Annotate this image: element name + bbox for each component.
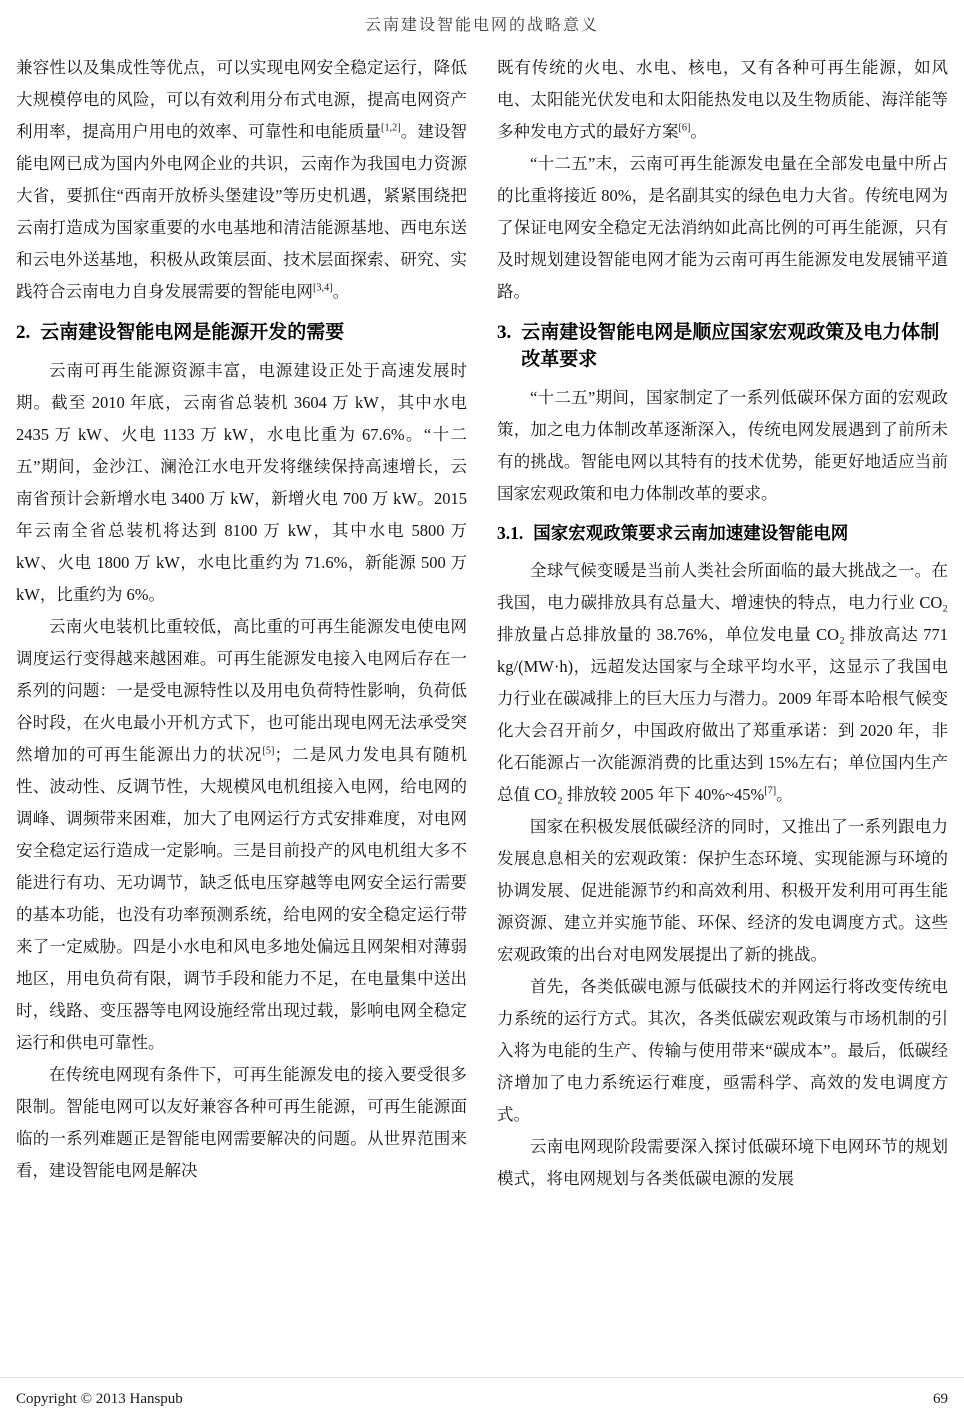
copyright-text: Copyright © 2013 Hanspub xyxy=(16,1391,183,1408)
body-paragraph: 兼容性以及集成性等优点，可以实现电网安全稳定运行，降低大规模停电的风险，可以有效… xyxy=(16,52,467,308)
section-title: 云南建设智能电网是顺应国家宏观政策及电力体制改革要求 xyxy=(521,319,948,373)
body-paragraph: 云南可再生能源资源丰富，电源建设正处于高速发展时期。截至 2010 年底，云南省… xyxy=(16,355,467,611)
section-number: 3. xyxy=(497,319,511,373)
body-paragraph: 首先，各类低碳电源与低碳技术的并网运行将改变传统电力系统的运行方式。其次，各类低… xyxy=(497,971,948,1131)
right-column: 既有传统的火电、水电、核电，又有各种可再生能源，如风电、太阳能光伏发电和太阳能热… xyxy=(497,52,948,1360)
page-number: 69 xyxy=(933,1391,948,1408)
body-paragraph: “十二五”末，云南可再生能源发电量在全部发电量中所占的比重将接近 80%，是名副… xyxy=(497,148,948,308)
section-number: 2. xyxy=(16,319,30,346)
section-heading-2: 2. 云南建设智能电网是能源开发的需要 xyxy=(16,319,467,346)
footer-divider xyxy=(0,1377,964,1378)
running-head-title: 云南建设智能电网的战略意义 xyxy=(0,12,964,35)
paper-page: 云南建设智能电网的战略意义 兼容性以及集成性等优点，可以实现电网安全稳定运行，降… xyxy=(0,0,964,1414)
body-paragraph: 全球气候变暖是当前人类社会所面临的最大挑战之一。在我国，电力碳排放具有总量大、增… xyxy=(497,555,948,811)
body-paragraph: 在传统电网现有条件下，可再生能源发电的接入要受很多限制。智能电网可以友好兼容各种… xyxy=(16,1059,467,1187)
two-column-body: 兼容性以及集成性等优点，可以实现电网安全稳定运行，降低大规模停电的风险，可以有效… xyxy=(16,52,948,1360)
section-title: 云南建设智能电网是能源开发的需要 xyxy=(40,319,467,346)
left-column: 兼容性以及集成性等优点，可以实现电网安全稳定运行，降低大规模停电的风险，可以有效… xyxy=(16,52,467,1360)
body-paragraph: “十二五”期间，国家制定了一系列低碳环保方面的宏观政策，加之电力体制改革逐渐深入… xyxy=(497,382,948,510)
section-number: 3.1. xyxy=(497,520,523,547)
section-title: 国家宏观政策要求云南加速建设智能电网 xyxy=(533,520,948,547)
body-paragraph: 云南电网现阶段需要深入探讨低碳环境下电网环节的规划模式，将电网规划与各类低碳电源… xyxy=(497,1131,948,1195)
body-paragraph: 既有传统的火电、水电、核电，又有各种可再生能源，如风电、太阳能光伏发电和太阳能热… xyxy=(497,52,948,148)
body-paragraph: 云南火电装机比重较低，高比重的可再生能源发电使电网调度运行变得越来越困难。可再生… xyxy=(16,611,467,1059)
body-paragraph: 国家在积极发展低碳经济的同时，又推出了一系列跟电力发展息息相关的宏观政策：保护生… xyxy=(497,811,948,971)
section-heading-3: 3. 云南建设智能电网是顺应国家宏观政策及电力体制改革要求 xyxy=(497,319,948,373)
page-footer: Copyright © 2013 Hanspub 69 xyxy=(16,1391,948,1408)
section-heading-3-1: 3.1. 国家宏观政策要求云南加速建设智能电网 xyxy=(497,520,948,547)
